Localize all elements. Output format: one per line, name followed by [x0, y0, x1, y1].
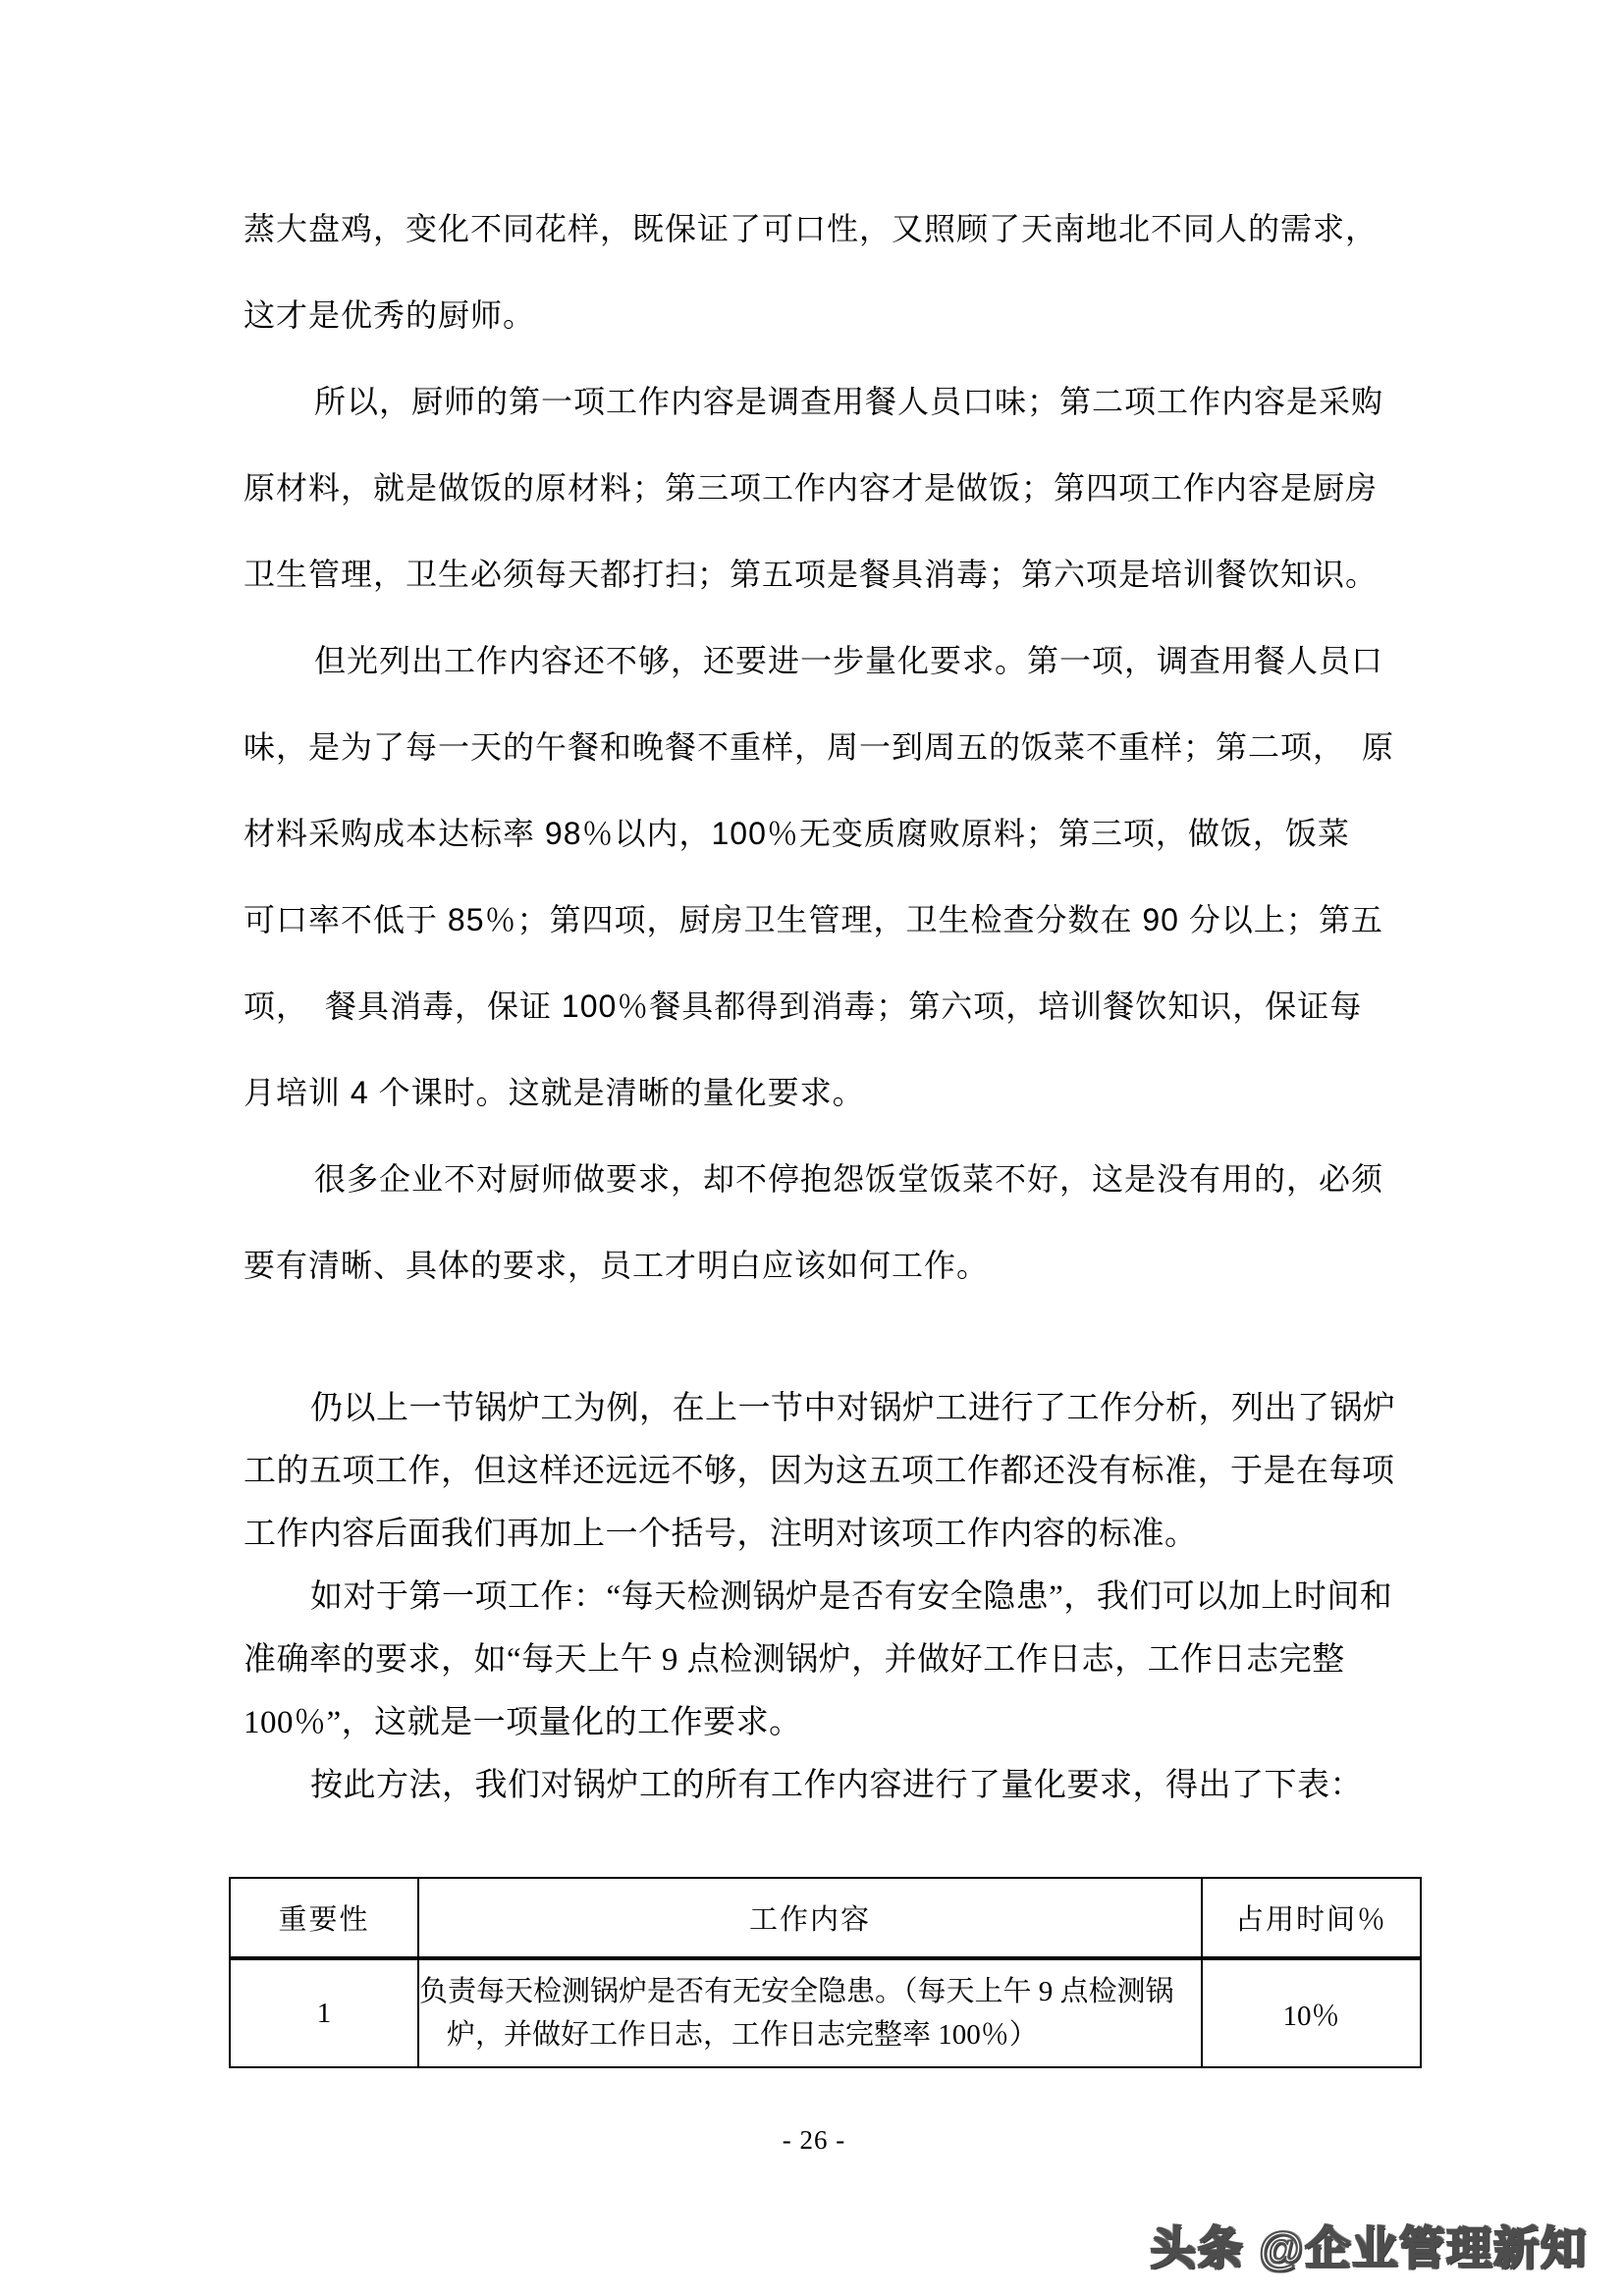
body-text-section-sans: 蒸大盘鸡，变化不同花样，既保证了可口性，又照顾了天南地北不同人的需求，这才是优秀…: [244, 0, 1384, 1308]
cell-work-content: 负责每天检测锅炉是否有无安全隐患。（每天上午 9 点检测锅 炉，并做好工作日志，…: [418, 1958, 1202, 2067]
document-page: 蒸大盘鸡，变化不同花样，既保证了可口性，又照顾了天南地北不同人的需求，这才是优秀…: [244, 0, 1384, 2161]
text-line: 很多企业不对厨师做要求，却不停抱怨饭堂饭菜不好，这是没有用的，必须: [244, 1136, 1384, 1222]
cell-text-line: 炉，并做好工作日志，工作日志完整率 100％）: [419, 2013, 1201, 2056]
text-line: 工作内容后面我们再加上一个括号，注明对该项工作内容的标准。: [244, 1503, 1384, 1566]
watermark: 头条 @企业管理新知: [1150, 2213, 1588, 2277]
text-line: 要有清晰、具体的要求，员工才明白应该如何工作。: [244, 1222, 1384, 1308]
text-line: 蒸大盘鸡，变化不同花样，既保证了可口性，又照顾了天南地北不同人的需求，: [244, 186, 1384, 272]
col-header-work-content: 工作内容: [418, 1878, 1202, 1958]
text-line: 准确率的要求，如“每天上午 9 点检测锅炉，并做好工作日志，工作日志完整: [244, 1629, 1384, 1691]
text-line: 卫生管理，卫生必须每天都打扫；第五项是餐具消毒；第六项是培训餐饮知识。: [244, 531, 1384, 617]
text-line: 工的五项工作，但这样还远远不够，因为这五项工作都还没有标准，于是在每项: [244, 1440, 1384, 1503]
text-line: 按此方法，我们对锅炉工的所有工作内容进行了量化要求，得出了下表：: [244, 1754, 1384, 1817]
table-container: 重要性 工作内容 占用时间％ 1 负责每天检测锅炉是否有无安全隐患。（每天上午 …: [229, 1877, 1384, 2068]
table-row: 1 负责每天检测锅炉是否有无安全隐患。（每天上午 9 点检测锅 炉，并做好工作日…: [230, 1958, 1421, 2067]
cell-time-percent: 10％: [1202, 1958, 1421, 2067]
work-quantification-table: 重要性 工作内容 占用时间％ 1 负责每天检测锅炉是否有无安全隐患。（每天上午 …: [229, 1877, 1422, 2068]
col-header-importance: 重要性: [230, 1878, 418, 1958]
text-line: 但光列出工作内容还不够，还要进一步量化要求。第一项，调查用餐人员口: [244, 617, 1384, 704]
text-line: 味，是为了每一天的午餐和晚餐不重样，周一到周五的饭菜不重样；第二项， 原: [244, 704, 1384, 790]
text-line: 材料采购成本达标率 98％以内，100％无变质腐败原料；第三项，做饭，饭菜: [244, 790, 1384, 877]
text-line: 如对于第一项工作：“每天检测锅炉是否有安全隐患”，我们可以加上时间和: [244, 1566, 1384, 1629]
col-header-time-percent: 占用时间％: [1202, 1878, 1421, 1958]
text-line: 可口率不低于 85％；第四项，厨房卫生管理，卫生检查分数在 90 分以上；第五: [244, 877, 1384, 963]
page-number: - 26 -: [244, 2119, 1384, 2161]
text-line: 月培训 4 个课时。这就是清晰的量化要求。: [244, 1049, 1384, 1136]
text-line: 原材料，就是做饭的原材料；第三项工作内容才是做饭；第四项工作内容是厨房: [244, 445, 1384, 531]
body-text-section-serif: 仍以上一节锅炉工为例，在上一节中对锅炉工进行了工作分析，列出了锅炉工的五项工作，…: [244, 1377, 1384, 1817]
text-line: 项， 餐具消毒，保证 100％餐具都得到消毒；第六项，培训餐饮知识，保证每: [244, 963, 1384, 1049]
table-header-row: 重要性 工作内容 占用时间％: [230, 1878, 1421, 1958]
cell-importance: 1: [230, 1958, 418, 2067]
text-line: 仍以上一节锅炉工为例，在上一节中对锅炉工进行了工作分析，列出了锅炉: [244, 1377, 1384, 1440]
text-line: 100％”，这就是一项量化的工作要求。: [244, 1691, 1384, 1754]
text-line: 这才是优秀的厨师。: [244, 272, 1384, 358]
text-line: 所以，厨师的第一项工作内容是调查用餐人员口味；第二项工作内容是采购: [244, 358, 1384, 445]
cell-text-line: 负责每天检测锅炉是否有无安全隐患。（每天上午 9 点检测锅: [419, 1970, 1201, 2013]
